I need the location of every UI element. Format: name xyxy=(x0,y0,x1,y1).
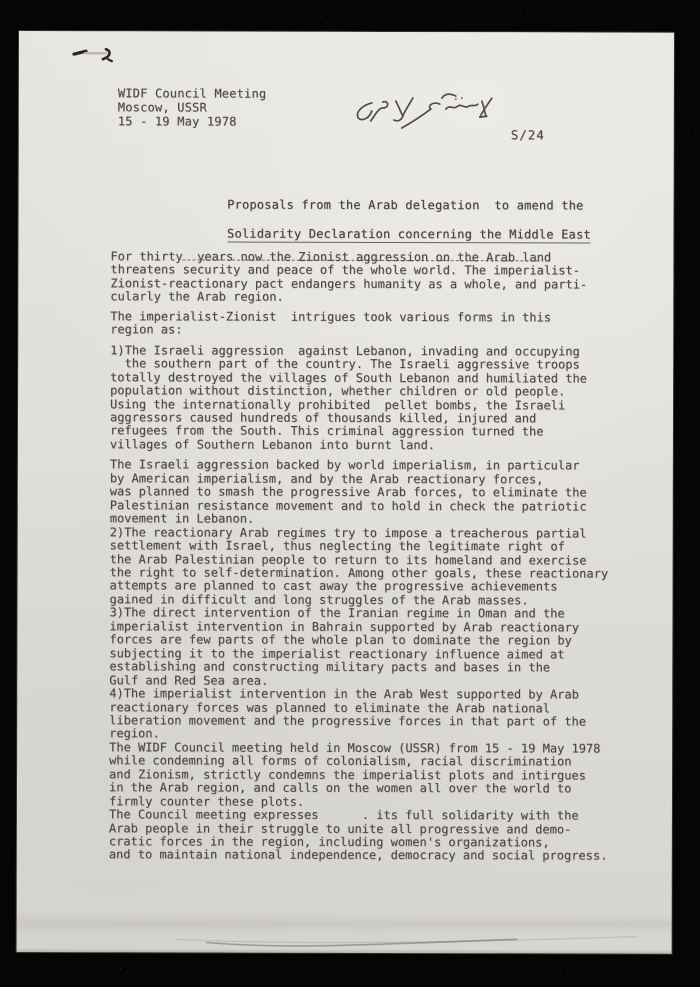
background-noise xyxy=(0,0,1,1)
arabic-handwriting xyxy=(350,89,500,135)
paragraph-forms: The imperialist-Zionist intrigues took v… xyxy=(110,310,635,338)
item-1: 1)The Israeli aggression against Lebanon… xyxy=(110,344,635,453)
title-line-2: Solidarity Declaration concerning the Mi… xyxy=(227,226,591,243)
item-4: 4)The imperialist intervention in the Ar… xyxy=(109,687,634,742)
paper-crease xyxy=(17,912,672,954)
document-number: S/24 xyxy=(511,127,545,142)
document-body: For thirty years now the Zionist aggress… xyxy=(109,250,636,863)
meeting-header: WIDF Council Meeting Moscow, USSR 15 - 1… xyxy=(118,86,267,128)
paragraph-council-solidarity: The Council meeting expresses . its full… xyxy=(109,808,634,863)
item-2: 2)The reactionary Arab regimes try to im… xyxy=(109,526,634,608)
paragraph-israeli-aggression: The Israeli aggression backed by world i… xyxy=(110,459,635,528)
paragraph-council-condemns: The WIDF Council meeting held in Moscow … xyxy=(109,741,634,810)
item-3: 3)The direct intervention of the Iranian… xyxy=(109,607,634,689)
document-page: WIDF Council Meeting Moscow, USSR 15 - 1… xyxy=(17,31,674,954)
staple-mark xyxy=(68,45,130,65)
paragraph-intro: For thirty years now the Zionist aggress… xyxy=(110,250,635,305)
photo-scene: WIDF Council Meeting Moscow, USSR 15 - 1… xyxy=(0,0,700,987)
title-line-1: Proposals from the Arab delegation to am… xyxy=(227,197,583,212)
